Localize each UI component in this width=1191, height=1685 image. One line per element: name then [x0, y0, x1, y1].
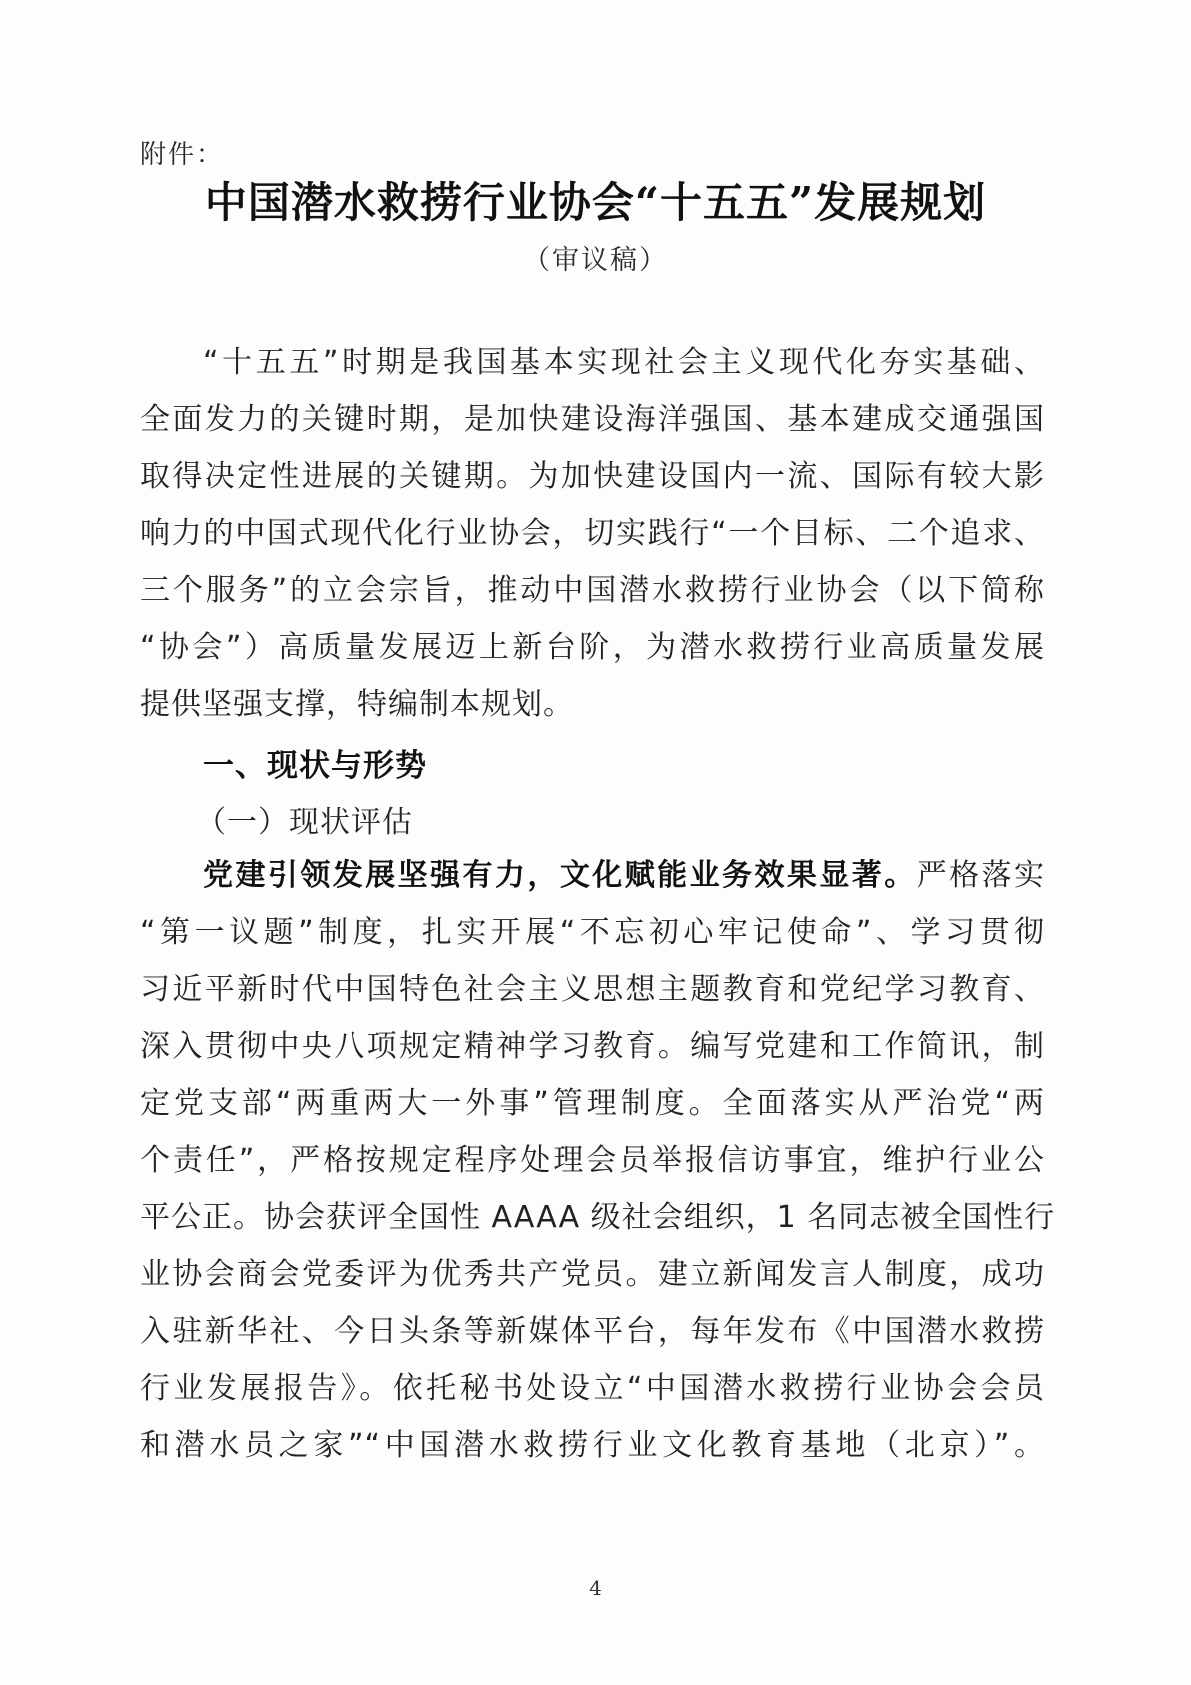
- attachment-label: 附件：: [140, 134, 224, 171]
- text-line: 和潜水员之家”“中国潜水救捞行业文化教育基地（北京）”。: [140, 1426, 1045, 1466]
- text-line: 取得决定性进展的关键期。为加快建设国内一流、国际有较大影: [140, 457, 1045, 497]
- text-line: 业协会商会党委评为优秀共产党员。建立新闻发言人制度，成功: [140, 1255, 1045, 1295]
- text-line: 提供坚强支撑，特编制本规划。: [140, 685, 1045, 725]
- text-line: “协会”）高质量发展迈上新台阶，为潜水救捞行业高质量发展: [140, 628, 1045, 668]
- text-line: 定党支部“两重两大一外事”管理制度。全面落实从严治党“两: [140, 1084, 1045, 1124]
- text-line: 三个服务”的立会宗旨，推动中国潜水救捞行业协会（以下简称: [140, 571, 1045, 611]
- text-line: 入驻新华社、今日头条等新媒体平台，每年发布《中国潜水救捞: [140, 1312, 1045, 1352]
- text-line: 党建引领发展坚强有力，文化赋能业务效果显著。严格落实: [203, 856, 1045, 896]
- text-line: 响力的中国式现代化行业协会，切实践行“一个目标、二个追求、: [140, 514, 1045, 554]
- text-line: 行业发展报告》。依托秘书处设立“中国潜水救捞行业协会会员: [140, 1369, 1045, 1409]
- text-line: 全面发力的关键时期，是加快建设海洋强国、基本建成交通强国: [140, 400, 1045, 440]
- text-line: 平公正。协会获评全国性 AAAA 级社会组织，1 名同志被全国性行: [140, 1198, 1045, 1238]
- document-subtitle: （审议稿）: [0, 238, 1191, 277]
- text-line: “十五五”时期是我国基本实现社会主义现代化夯实基础、: [203, 343, 1045, 383]
- text-span: 严格落实: [917, 858, 1045, 893]
- document-page: 附件： 中国潜水救捞行业协会“十五五”发展规划 （审议稿） “十五五”时期是我国…: [0, 0, 1191, 1685]
- text-line: 个责任”，严格按规定程序处理会员举报信访事宜，维护行业公: [140, 1141, 1045, 1181]
- text-line: “第一议题”制度，扎实开展“不忘初心牢记使命”、学习贯彻: [140, 913, 1045, 953]
- text-line: 深入贯彻中央八项规定精神学习教育。编写党建和工作简讯，制: [140, 1027, 1045, 1067]
- text-line: 习近平新时代中国特色社会主义思想主题教育和党纪学习教育、: [140, 970, 1045, 1010]
- document-title: 中国潜水救捞行业协会“十五五”发展规划: [0, 170, 1191, 230]
- section-heading: 一、现状与形势: [203, 740, 427, 785]
- subsection-heading: （一）现状评估: [196, 797, 413, 841]
- page-number: 4: [0, 1576, 1191, 1600]
- bold-lead-sentence: 党建引领发展坚强有力，文化赋能业务效果显著。: [203, 858, 917, 893]
